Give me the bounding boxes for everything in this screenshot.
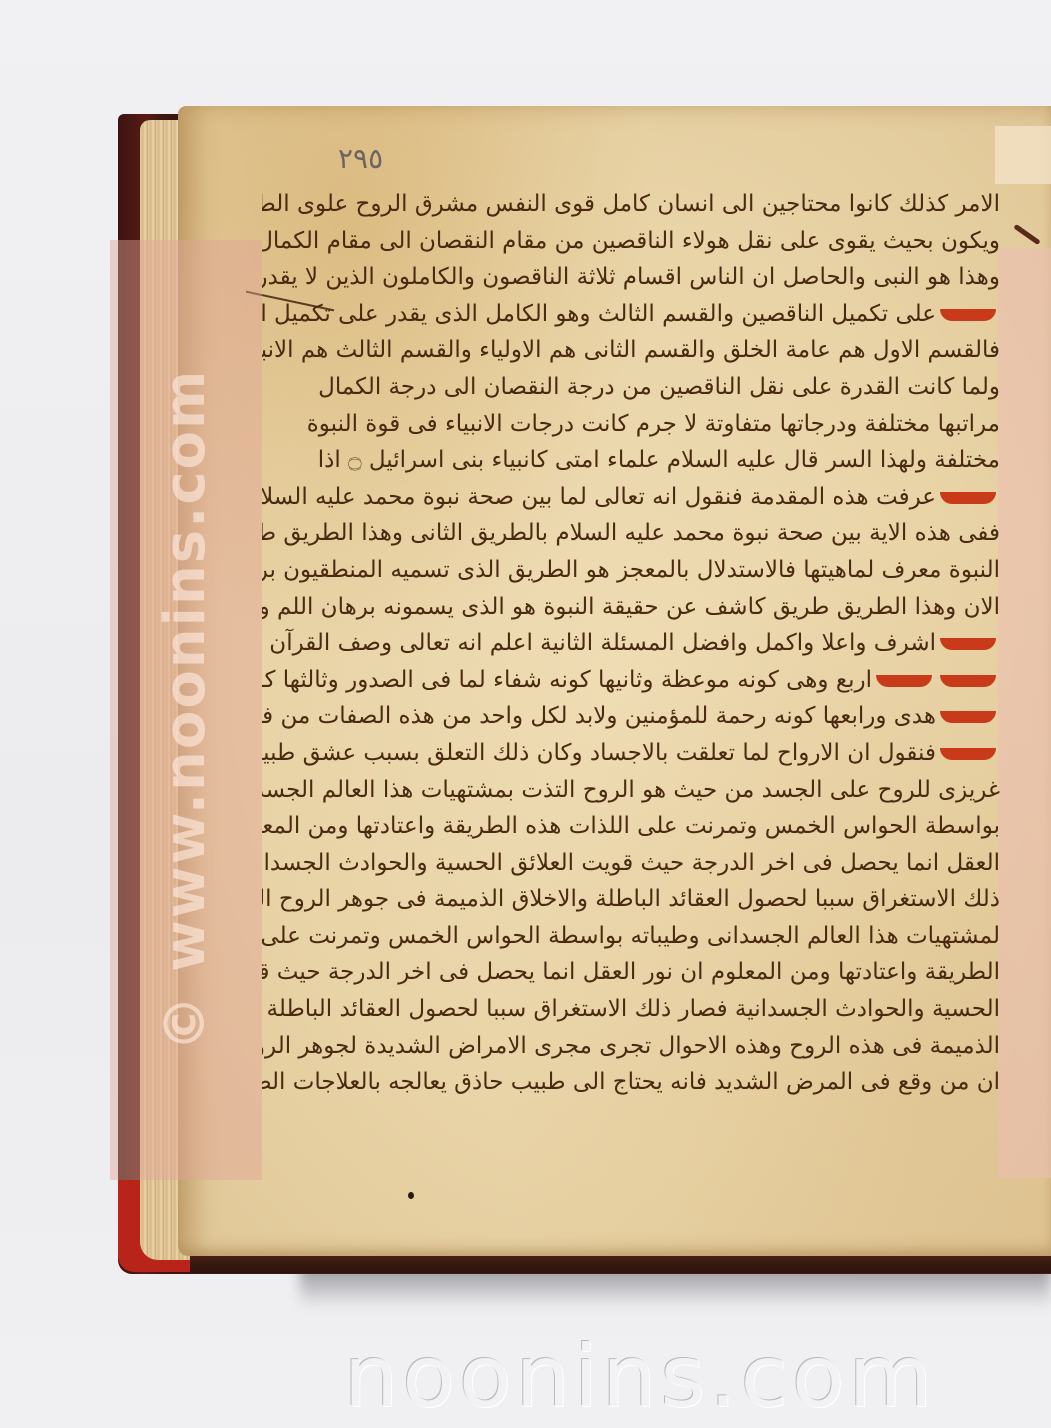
text-line: بواسطة الحواس الخمس وتمرنت على اللذات هذ… bbox=[262, 808, 1000, 845]
text-line: ذلك الاستغراق سببا لحصول العقائد الباطلة… bbox=[262, 881, 1000, 918]
rubric-overline bbox=[940, 711, 996, 723]
text-line: الامر كذلك كانوا محتاجين الى انسان كامل … bbox=[262, 186, 1000, 223]
text-line: مختلفة ولهذا السر قال عليه السلام علماء … bbox=[262, 442, 1000, 479]
text-line: ان من وقع فى المرض الشديد فانه يحتاج الى… bbox=[262, 1064, 1000, 1101]
text-line: ويكون بحيث يقوى على نقل هولاء الناقصين م… bbox=[262, 223, 1000, 260]
rubric-overline bbox=[940, 675, 996, 687]
text-line: الذميمة فى هذه الروح وهذه الاحوال تجرى م… bbox=[262, 1028, 1000, 1065]
text-line: على تكميل الناقصين والقسم الثالث وهو الك… bbox=[262, 296, 1000, 333]
manuscript-text: الامر كذلك كانوا محتاجين الى انسان كامل … bbox=[262, 186, 1000, 1101]
page-number: ٢٩٥ bbox=[338, 142, 383, 175]
paper-repair-patch bbox=[995, 126, 1051, 184]
text-line: العقل انما يحصل فى اخر الدرجة حيث قويت ا… bbox=[262, 845, 1000, 882]
text-line: وهذا هو النبى والحاصل ان الناس اقسام ثلا… bbox=[262, 259, 1000, 296]
text-line: فالقسم الاول هم عامة الخلق والقسم الثانى… bbox=[262, 332, 1000, 369]
text-line: ففى هذه الاية بين صحة نبوة محمد عليه الس… bbox=[262, 515, 1000, 552]
rubric-overline bbox=[876, 675, 932, 687]
rubric-overline bbox=[940, 638, 996, 650]
text-line: اربع وهى كونه موعظة وثانيها كونه شفاء لم… bbox=[262, 662, 1000, 699]
text-line: ولما كانت القدرة على نقل الناقصين من درج… bbox=[262, 369, 1000, 406]
text-line: الحسية والحوادث الجسدانية فصار ذلك الاست… bbox=[262, 991, 1000, 1028]
rubric-overline bbox=[940, 748, 996, 760]
text-line: مراتبها مختلفة ودرجاتها متفاوتة لا جرم ك… bbox=[262, 406, 1000, 443]
text-line: عرفت هذه المقدمة فنقول انه تعالى لما بين… bbox=[262, 479, 1000, 516]
text-line: الطريقة واعتادتها ومن المعلوم ان نور الع… bbox=[262, 954, 1000, 991]
bottom-watermark-text: noonins.com bbox=[330, 1332, 950, 1422]
rubric-overline bbox=[940, 309, 996, 321]
text-line: النبوة معرف لماهيتها فالاستدلال بالمعجز … bbox=[262, 552, 1000, 589]
text-line: غريزى للروح على الجسد من حيث هو الروح ال… bbox=[262, 772, 1000, 809]
text-line: لمشتهيات هذا العالم الجسدانى وطيباته بوا… bbox=[262, 918, 1000, 955]
rubric-overline bbox=[940, 492, 996, 504]
right-watermark-strip bbox=[998, 248, 1051, 1178]
side-watermark-text: © www.noonins.com bbox=[151, 240, 221, 1180]
text-line: الان وهذا الطريق طريق كاشف عن حقيقة النب… bbox=[262, 589, 1000, 626]
text-line: هدى ورابعها كونه رحمة للمؤمنين ولابد لكل… bbox=[262, 698, 1000, 735]
text-line: فنقول ان الارواح لما تعلقت بالاجساد وكان… bbox=[262, 735, 1000, 772]
text-line: اشرف واعلا واكمل وافضل المسئلة الثانية ا… bbox=[262, 625, 1000, 662]
ink-dot bbox=[408, 1192, 414, 1199]
